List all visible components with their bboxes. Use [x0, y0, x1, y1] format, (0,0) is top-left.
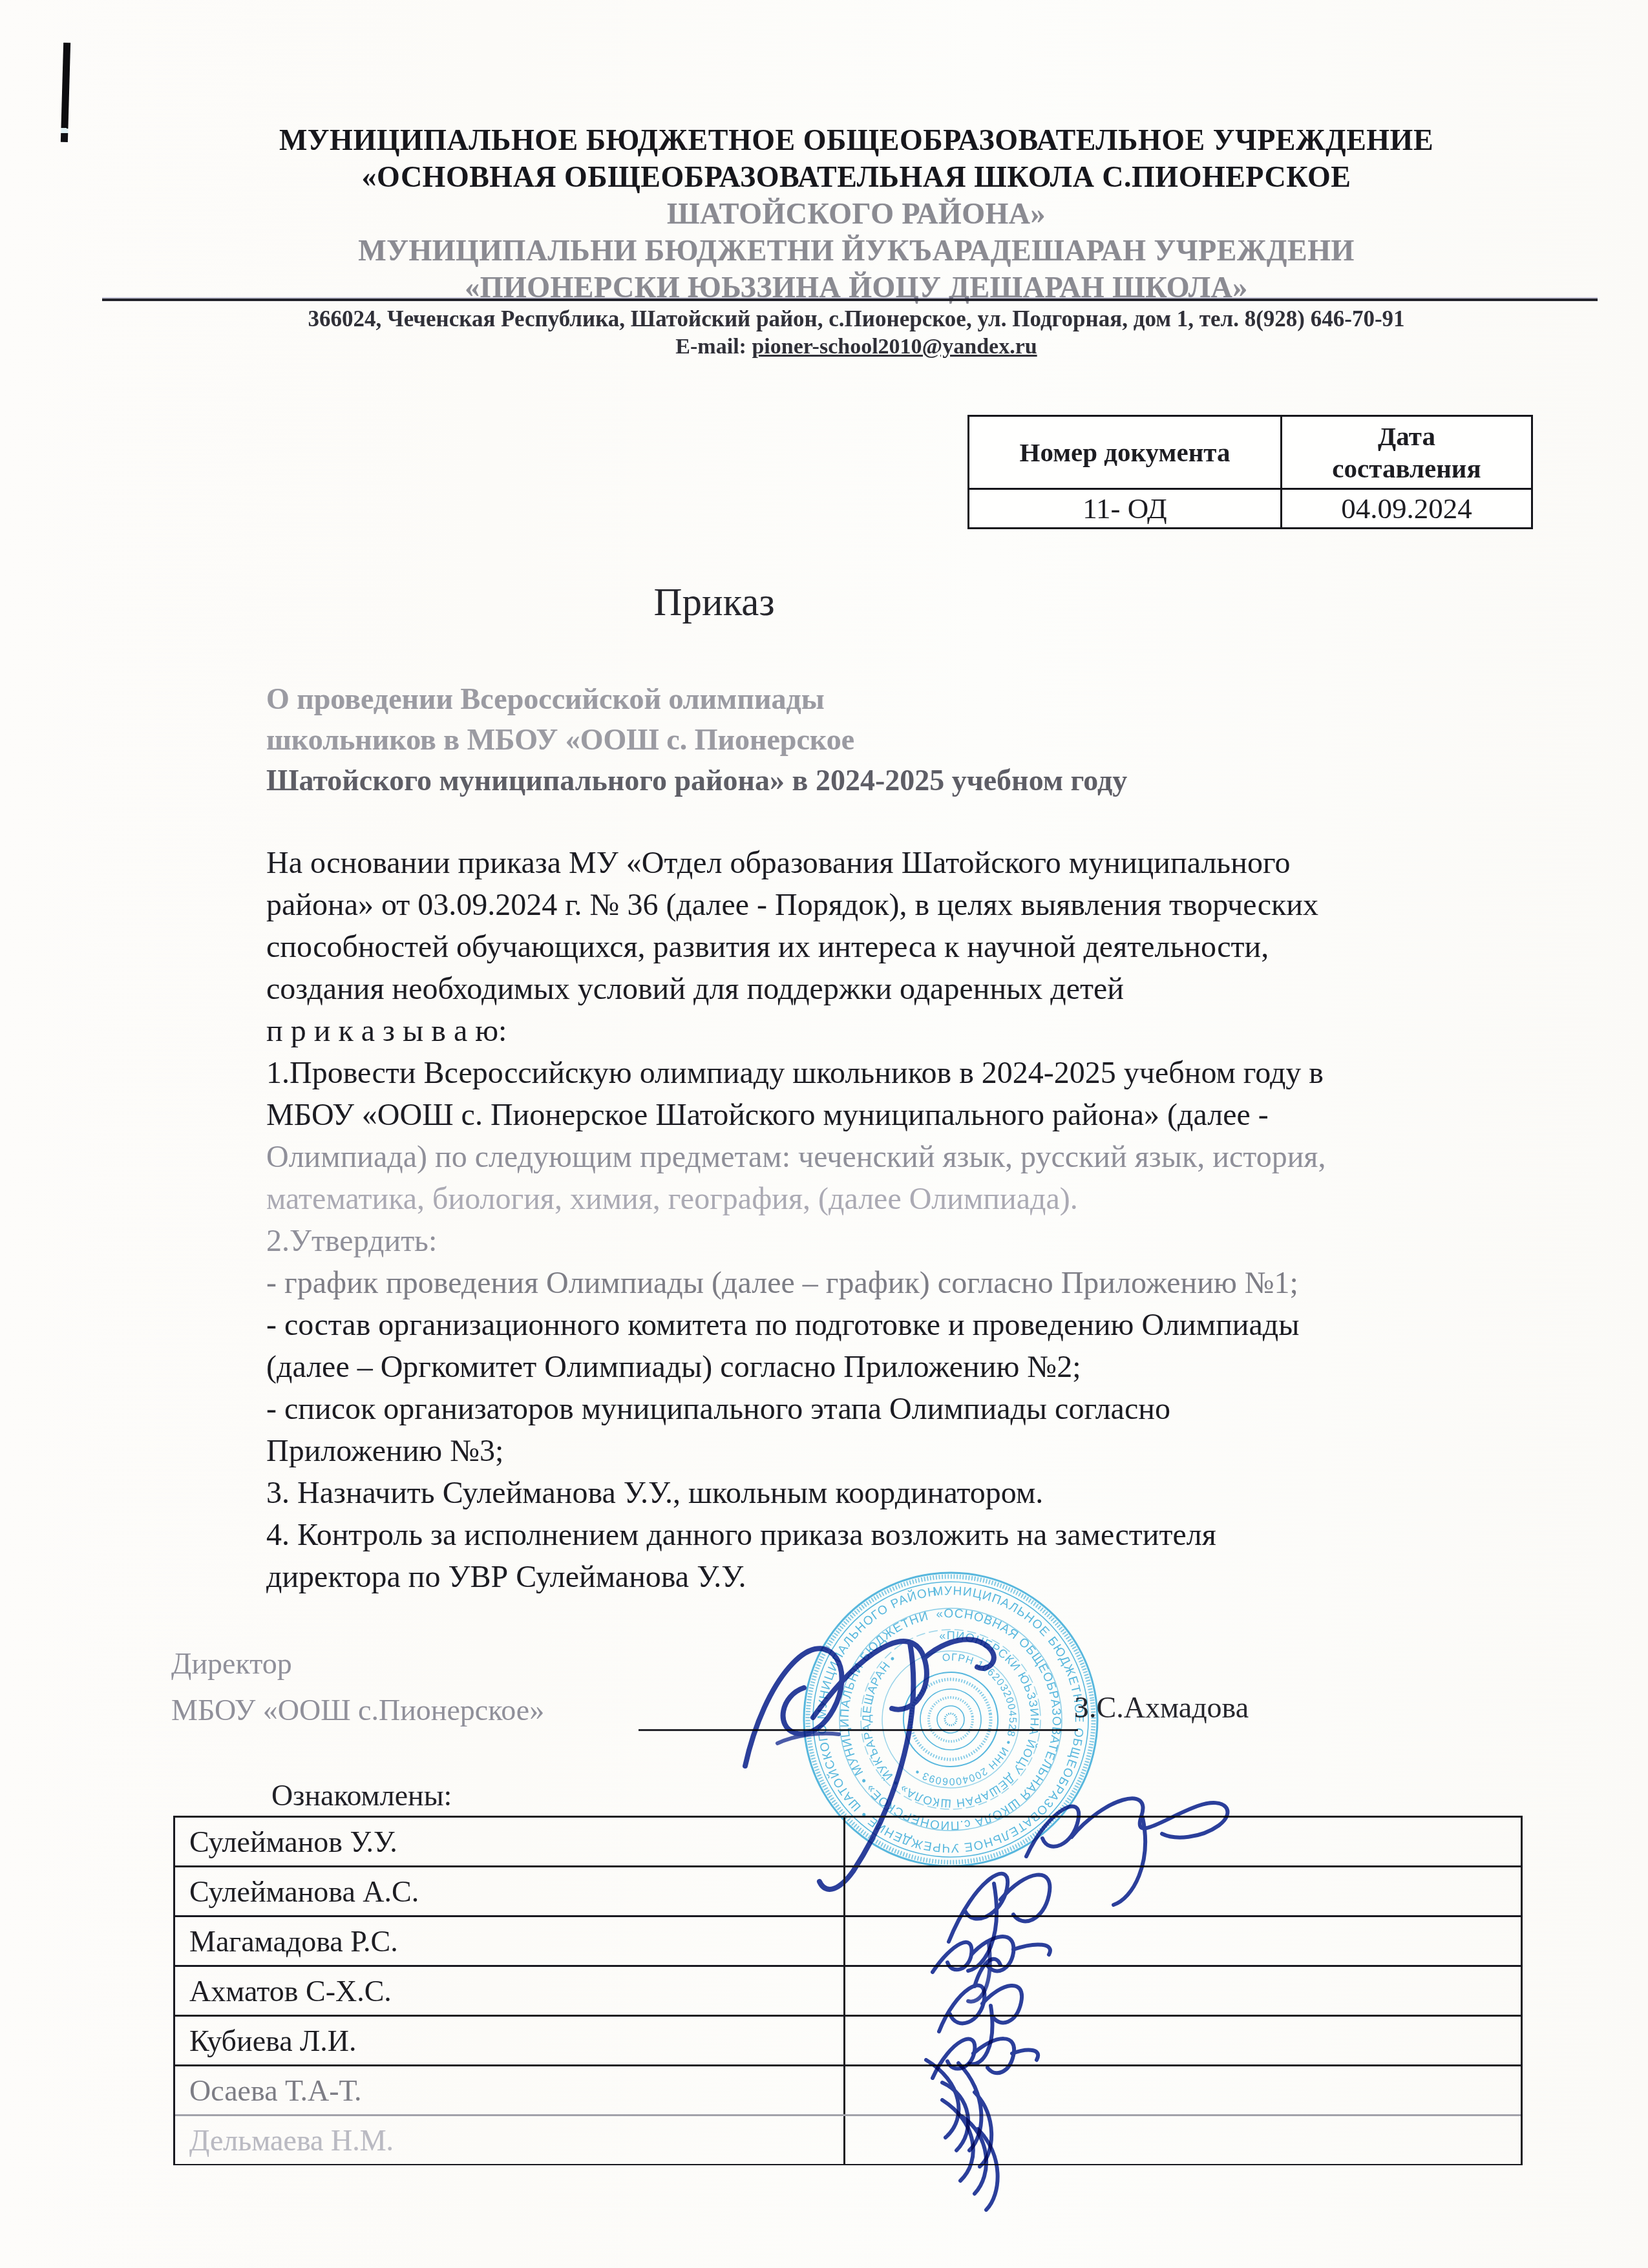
body-line: 3. Назначить Сулейманова У.У., школьным …	[266, 1472, 1549, 1514]
signer-position-line-2: МБОУ «ООШ с.Пионерское»	[171, 1693, 544, 1727]
body-line: способностей обучающихся, развития их ин…	[266, 926, 1549, 968]
signature-cell	[845, 2116, 1521, 2164]
body-line: создания необходимых условий для поддерж…	[266, 968, 1549, 1010]
doc-number-header: Номер документа	[1020, 436, 1231, 468]
doc-date-value-cell: 04.09.2024	[1282, 490, 1531, 527]
order-subject: О проведении Всероссийской олимпиады шко…	[266, 678, 1127, 801]
handwritten-signature	[916, 2077, 1084, 2220]
table-row: Магамадова Р.С.	[175, 1917, 1521, 1967]
org-name-line-3: ШАТОЙСКОГО РАЙОНА»	[123, 195, 1590, 232]
body-line: - состав организационного комитета по по…	[266, 1304, 1549, 1346]
document-page: МУНИЦИПАЛЬНОЕ БЮДЖЕТНОЕ ОБЩЕОБРАЗОВАТЕЛЬ…	[0, 0, 1648, 2268]
org-name-line-1: МУНИЦИПАЛЬНОЕ БЮДЖЕТНОЕ ОБЩЕОБРАЗОВАТЕЛЬ…	[123, 121, 1590, 158]
org-address: 366024, Чеченская Республика, Шатойский …	[123, 306, 1590, 332]
subject-line-1: О проведении Всероссийской олимпиады	[266, 678, 1127, 719]
subject-line-3: Шатойского муниципального района» в 2024…	[266, 760, 1127, 801]
order-body: На основании приказа МУ «Отдел образован…	[266, 842, 1549, 1598]
person-name: Дельмаева Н.М.	[175, 2116, 845, 2164]
table-row: Сулейманова А.С.	[175, 1867, 1521, 1917]
doc-table-header-row: Номер документа Дата составления	[969, 417, 1531, 490]
doc-number-value: 11- ОД	[1083, 492, 1167, 525]
doc-number-value-cell: 11- ОД	[969, 490, 1282, 527]
email-address: pioner-school2010@yandex.ru	[752, 335, 1037, 359]
scan-artifact-mark	[61, 43, 70, 142]
acknowledged-table: Сулейманов У.У. Сулейманова А.С.	[173, 1816, 1523, 2165]
body-line: - график проведения Олимпиады (далее – г…	[266, 1262, 1549, 1304]
table-row: Ахматов С-Х.С.	[175, 1967, 1521, 2017]
person-name: Ахматов С-Х.С.	[175, 1967, 845, 2015]
doc-date-header: Дата составления	[1316, 420, 1497, 485]
doc-date-value: 04.09.2024	[1341, 492, 1472, 525]
table-row: Сулейманов У.У.	[175, 1818, 1521, 1867]
acknowledged-label: Ознакомлены:	[271, 1778, 452, 1812]
body-line: Приложению №3;	[266, 1430, 1549, 1472]
subject-line-2: школьников в МБОУ «ООШ с. Пионерское	[266, 719, 1127, 760]
body-line: района» от 03.09.2024 г. № 36 (далее - П…	[266, 884, 1549, 926]
table-row: Кубиева Л.И.	[175, 2017, 1521, 2066]
body-line: 1.Провести Всероссийскую олимпиаду школь…	[266, 1052, 1549, 1094]
person-name: Кубиева Л.И.	[175, 2017, 845, 2064]
person-name: Осаева Т.А-Т.	[175, 2066, 845, 2114]
body-line: (далее – Оргкомитет Олимпиады) согласно …	[266, 1346, 1549, 1388]
order-title: Приказ	[265, 580, 1163, 625]
header-divider-rule	[102, 299, 1598, 301]
org-email-line: E-mail: pioner-school2010@yandex.ru	[123, 335, 1590, 359]
body-line: 4. Контроль за исполнением данного прика…	[266, 1514, 1549, 1556]
person-name: Сулейманова А.С.	[175, 1867, 845, 1915]
doc-number-header-cell: Номер документа	[969, 417, 1282, 488]
body-line: п р и к а з ы в а ю:	[266, 1010, 1549, 1052]
org-name-line-2: «ОСНОВНАЯ ОБЩЕОБРАЗОВАТЕЛЬНАЯ ШКОЛА С.ПИ…	[123, 158, 1590, 195]
body-line: Олимпиада) по следующим предметам: чечен…	[266, 1136, 1549, 1178]
doc-table-value-row: 11- ОД 04.09.2024	[969, 490, 1531, 527]
table-row: Осаева Т.А-Т.	[175, 2066, 1521, 2116]
body-line: На основании приказа МУ «Отдел образован…	[266, 842, 1549, 884]
body-line: МБОУ «ООШ с. Пионерское Шатойского муниц…	[266, 1094, 1549, 1136]
table-row: Дельмаева Н.М.	[175, 2116, 1521, 2164]
body-line: математика, биология, химия, география, …	[266, 1178, 1549, 1220]
document-number-table: Номер документа Дата составления 11- ОД …	[967, 415, 1533, 529]
body-line: - список организаторов муниципального эт…	[266, 1388, 1549, 1430]
doc-date-header-cell: Дата составления	[1282, 417, 1531, 488]
email-label: E-mail:	[675, 335, 746, 359]
organization-header: МУНИЦИПАЛЬНОЕ БЮДЖЕТНОЕ ОБЩЕОБРАЗОВАТЕЛЬ…	[123, 121, 1590, 306]
person-name: Сулейманов У.У.	[175, 1818, 845, 1865]
signer-position-line-1: Директор	[171, 1646, 292, 1681]
person-name: Магамадова Р.С.	[175, 1917, 845, 1965]
body-line: 2.Утвердить:	[266, 1220, 1549, 1262]
org-name-line-4: МУНИЦИПАЛЬНИ БЮДЖЕТНИ ЙУКЪАРАДЕШАРАН УЧР…	[123, 232, 1590, 269]
